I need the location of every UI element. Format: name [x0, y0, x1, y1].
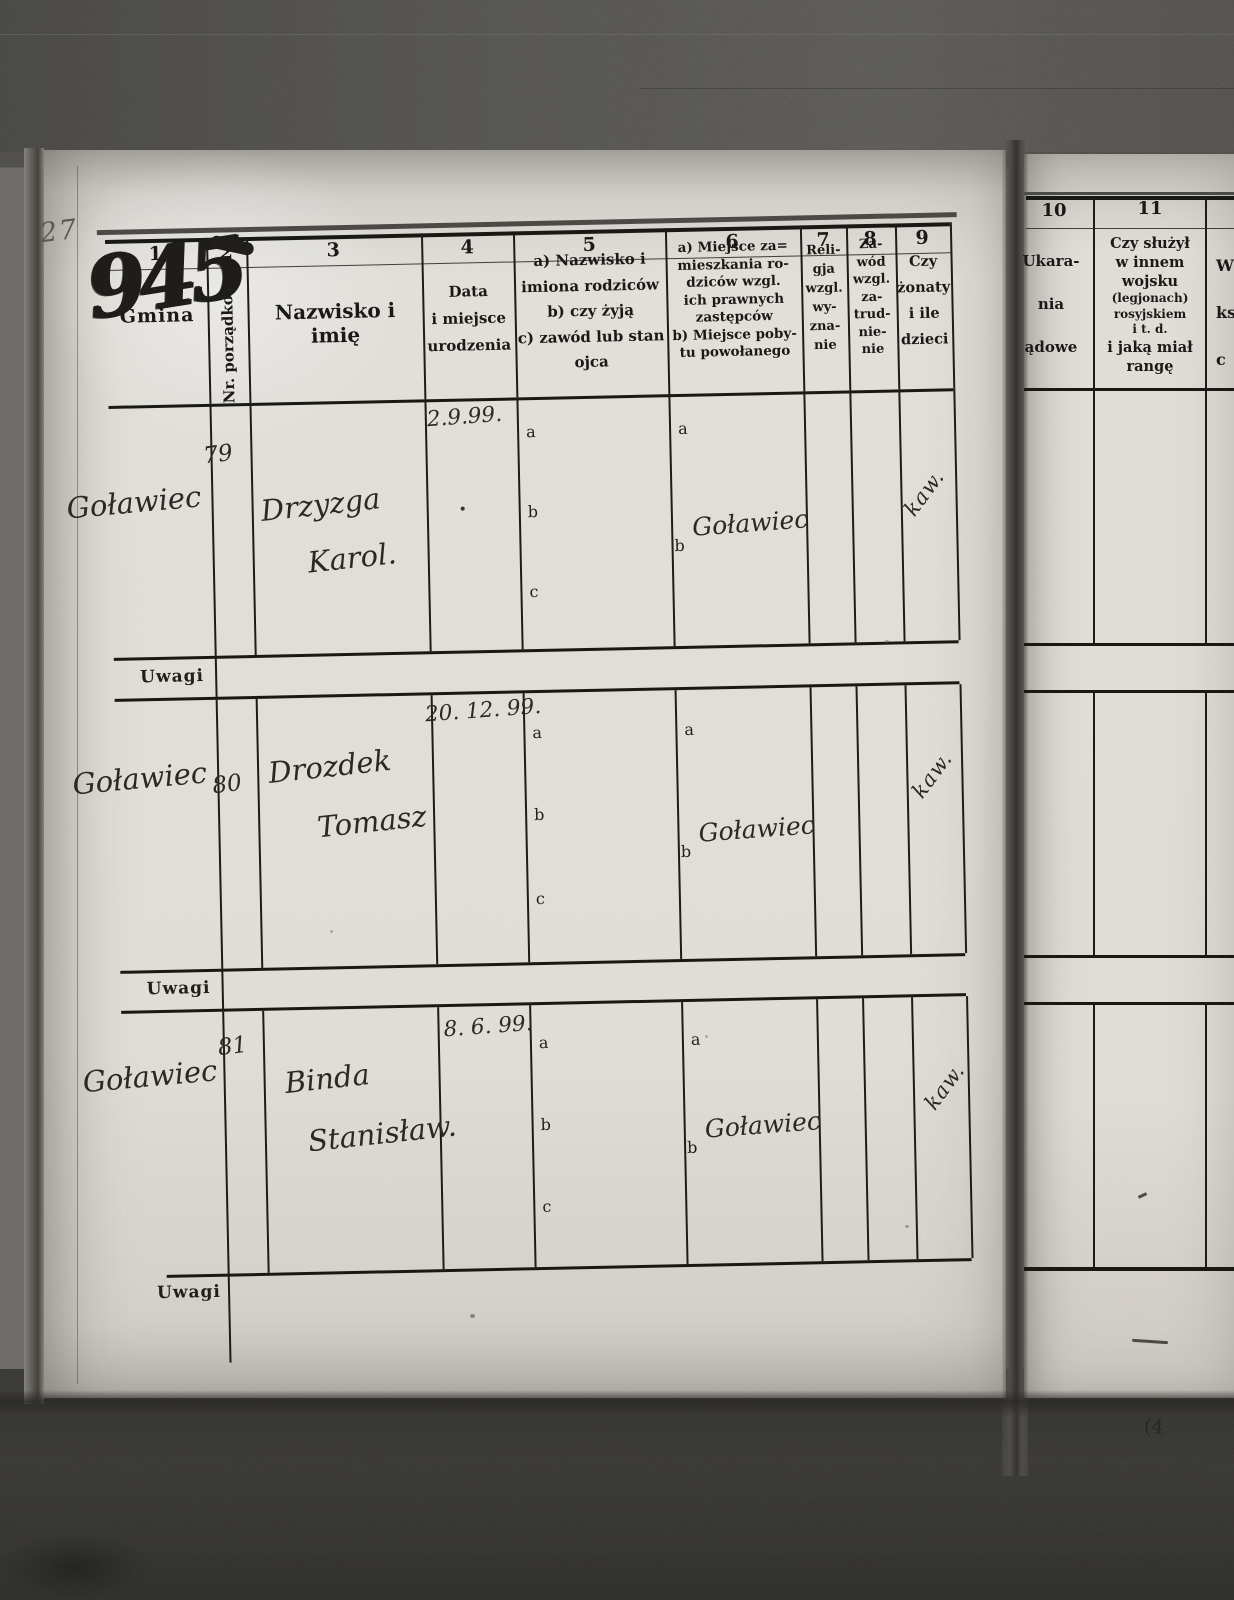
form-letter-c: c: [529, 582, 538, 601]
form-letter-b: b: [674, 536, 685, 555]
register-table: 1 2 3 4 5 6 7 8 9 Gmina Nr. porządkowy N…: [105, 222, 974, 1379]
header-czy-zonaty: Czy żonaty i ile dzieci: [895, 248, 952, 353]
header-next-column-clipped: W ks c: [1216, 242, 1234, 383]
column-rule: [1093, 1005, 1095, 1267]
form-letter-a: a: [532, 723, 542, 742]
form-letter-c: c: [536, 889, 545, 908]
column-rule: [1205, 196, 1207, 388]
remarks-label: Uwagi: [140, 666, 204, 687]
record-surname-entry: Drozdek: [267, 743, 393, 790]
scratch-line: [640, 88, 1234, 89]
column-number-3: 3: [308, 239, 358, 262]
remarks-label: Uwagi: [157, 1282, 221, 1303]
column-rule: [1093, 693, 1095, 955]
column-rule: [215, 656, 218, 700]
column-rule: [1205, 693, 1207, 955]
pencil-page-number: 27: [38, 214, 80, 249]
form-letter-a: a: [684, 720, 694, 739]
record-number-entry: 81: [216, 1032, 248, 1061]
header-czy-sluzyl: Czy służył w innem wojsku (legjonach) ro…: [1095, 234, 1205, 376]
record-firstname-entry: Stanisław.: [306, 1108, 458, 1158]
dust-speck: [885, 640, 889, 643]
ditto-dot: [461, 507, 465, 511]
column-rule: [1093, 391, 1095, 643]
table-top-border-outer: [1024, 192, 1234, 195]
band-rule: [1024, 1267, 1234, 1271]
record-surname-entry: Drzyzga: [259, 481, 382, 528]
column-number-11: 11: [1128, 198, 1172, 219]
column-number-9: 9: [897, 226, 947, 249]
stray-ink-mark: [1132, 1339, 1168, 1345]
form-letter-b: b: [681, 842, 692, 861]
header-nazwisko-imie: Nazwisko i imię: [247, 297, 423, 349]
record-residence-entry: Goławiec: [691, 504, 809, 541]
form-letter-c: c: [542, 1197, 551, 1216]
record-row-81: Goławiec 81 Binda Stanisław. 8. 6. 99. a…: [121, 996, 971, 1276]
record-number-entry: 79: [202, 440, 234, 469]
form-letter-b: b: [687, 1138, 698, 1157]
page-bottom-shadow: [0, 1390, 1234, 1416]
record-firstname-entry: Karol.: [306, 536, 398, 579]
form-letter-a: a: [539, 1033, 549, 1052]
column-number-10: 10: [1032, 200, 1076, 221]
record-birthdate-entry: 8. 6. 99.: [443, 1011, 533, 1042]
scan-background-top: [0, 0, 1234, 152]
scanned-register-page: 1 2 3 4 5 6 7 8 9 Gmina Nr. porządkowy N…: [0, 0, 1234, 1600]
header-czy-sluzyl-bottom: i jaką miał rangę: [1095, 338, 1205, 376]
record-surname-entry: Binda: [283, 1057, 371, 1100]
column-rule: [228, 1274, 232, 1363]
band-rule: [1024, 1002, 1234, 1005]
column-rule: [221, 969, 224, 1012]
column-rule: [1205, 391, 1207, 643]
record-birthdate-entry: 2.9.99.: [426, 402, 503, 432]
band-rule: [1024, 690, 1234, 693]
dust-speck: [330, 930, 333, 933]
header-rodzice: a) Nazwisko i imiona rodziców b) czy żyj…: [513, 246, 668, 377]
header-number-rule: [1026, 228, 1234, 229]
record-row-80: Goławiec 80 Drozdek Tomasz 20. 12. 99. a…: [115, 684, 965, 971]
band-rule: [1024, 955, 1234, 958]
form-letter-b: b: [534, 805, 545, 824]
record-marital-entry: kaw.: [920, 1059, 970, 1115]
record-firstname-entry: Tomasz: [316, 799, 429, 845]
dust-speck: [905, 1225, 909, 1228]
scratch-line: [0, 34, 1234, 35]
record-residence-entry: Goławiec: [704, 1106, 822, 1143]
column-rule: [1205, 1005, 1207, 1267]
dust-speck: [705, 1035, 708, 1038]
record-number-entry: 80: [211, 770, 243, 799]
column-number-4: 4: [442, 236, 492, 259]
form-letter-a: a: [691, 1030, 701, 1049]
header-zawod: Za- wód wzgl. za- trud- nie- nie: [846, 235, 898, 358]
record-residence-entry: Goławiec: [698, 810, 816, 847]
band-rule: [1024, 643, 1234, 646]
record-row-79: Goławiec 79 Drzyzga Karol. 2.9.99. a b c…: [108, 388, 958, 658]
stray-ink-mark: [1138, 1192, 1147, 1199]
header-miejsce-zamieszkania: a) Miejsce za= mieszkania ro- dziców wzg…: [665, 237, 803, 362]
header-czy-sluzyl-small: (legjonach) rosyjskiem i t. d.: [1095, 291, 1205, 338]
record-birthdate-entry: 20. 12. 99.: [424, 694, 542, 727]
record-marital-entry: kaw.: [907, 747, 957, 803]
dust-speck: [470, 1314, 475, 1318]
header-data-urodzenia: Data i miejsce urodzenia: [422, 277, 516, 360]
form-letter-a: a: [678, 419, 688, 438]
right-page-table: 10 11 Ukara- nia ądowe Czy służył w inne…: [1024, 154, 1234, 1398]
form-letter-b: b: [540, 1115, 551, 1134]
remarks-label: Uwagi: [146, 978, 210, 999]
book-edge-left: [24, 148, 44, 1404]
header-religja: Reli- gja wzgl. wy- zna- nie: [800, 240, 848, 355]
bottom-corner-mark: (4: [1143, 1415, 1165, 1439]
header-bottom-rule: [1024, 388, 1234, 391]
record-marital-entry: kaw.: [899, 465, 949, 521]
header-ukarania-sadowe: Ukara- nia ądowe: [1014, 240, 1088, 369]
form-letter-b: b: [528, 502, 539, 521]
form-letter-a: a: [526, 422, 536, 441]
header-czy-sluzyl-top: Czy służył w innem wojsku: [1095, 234, 1205, 291]
